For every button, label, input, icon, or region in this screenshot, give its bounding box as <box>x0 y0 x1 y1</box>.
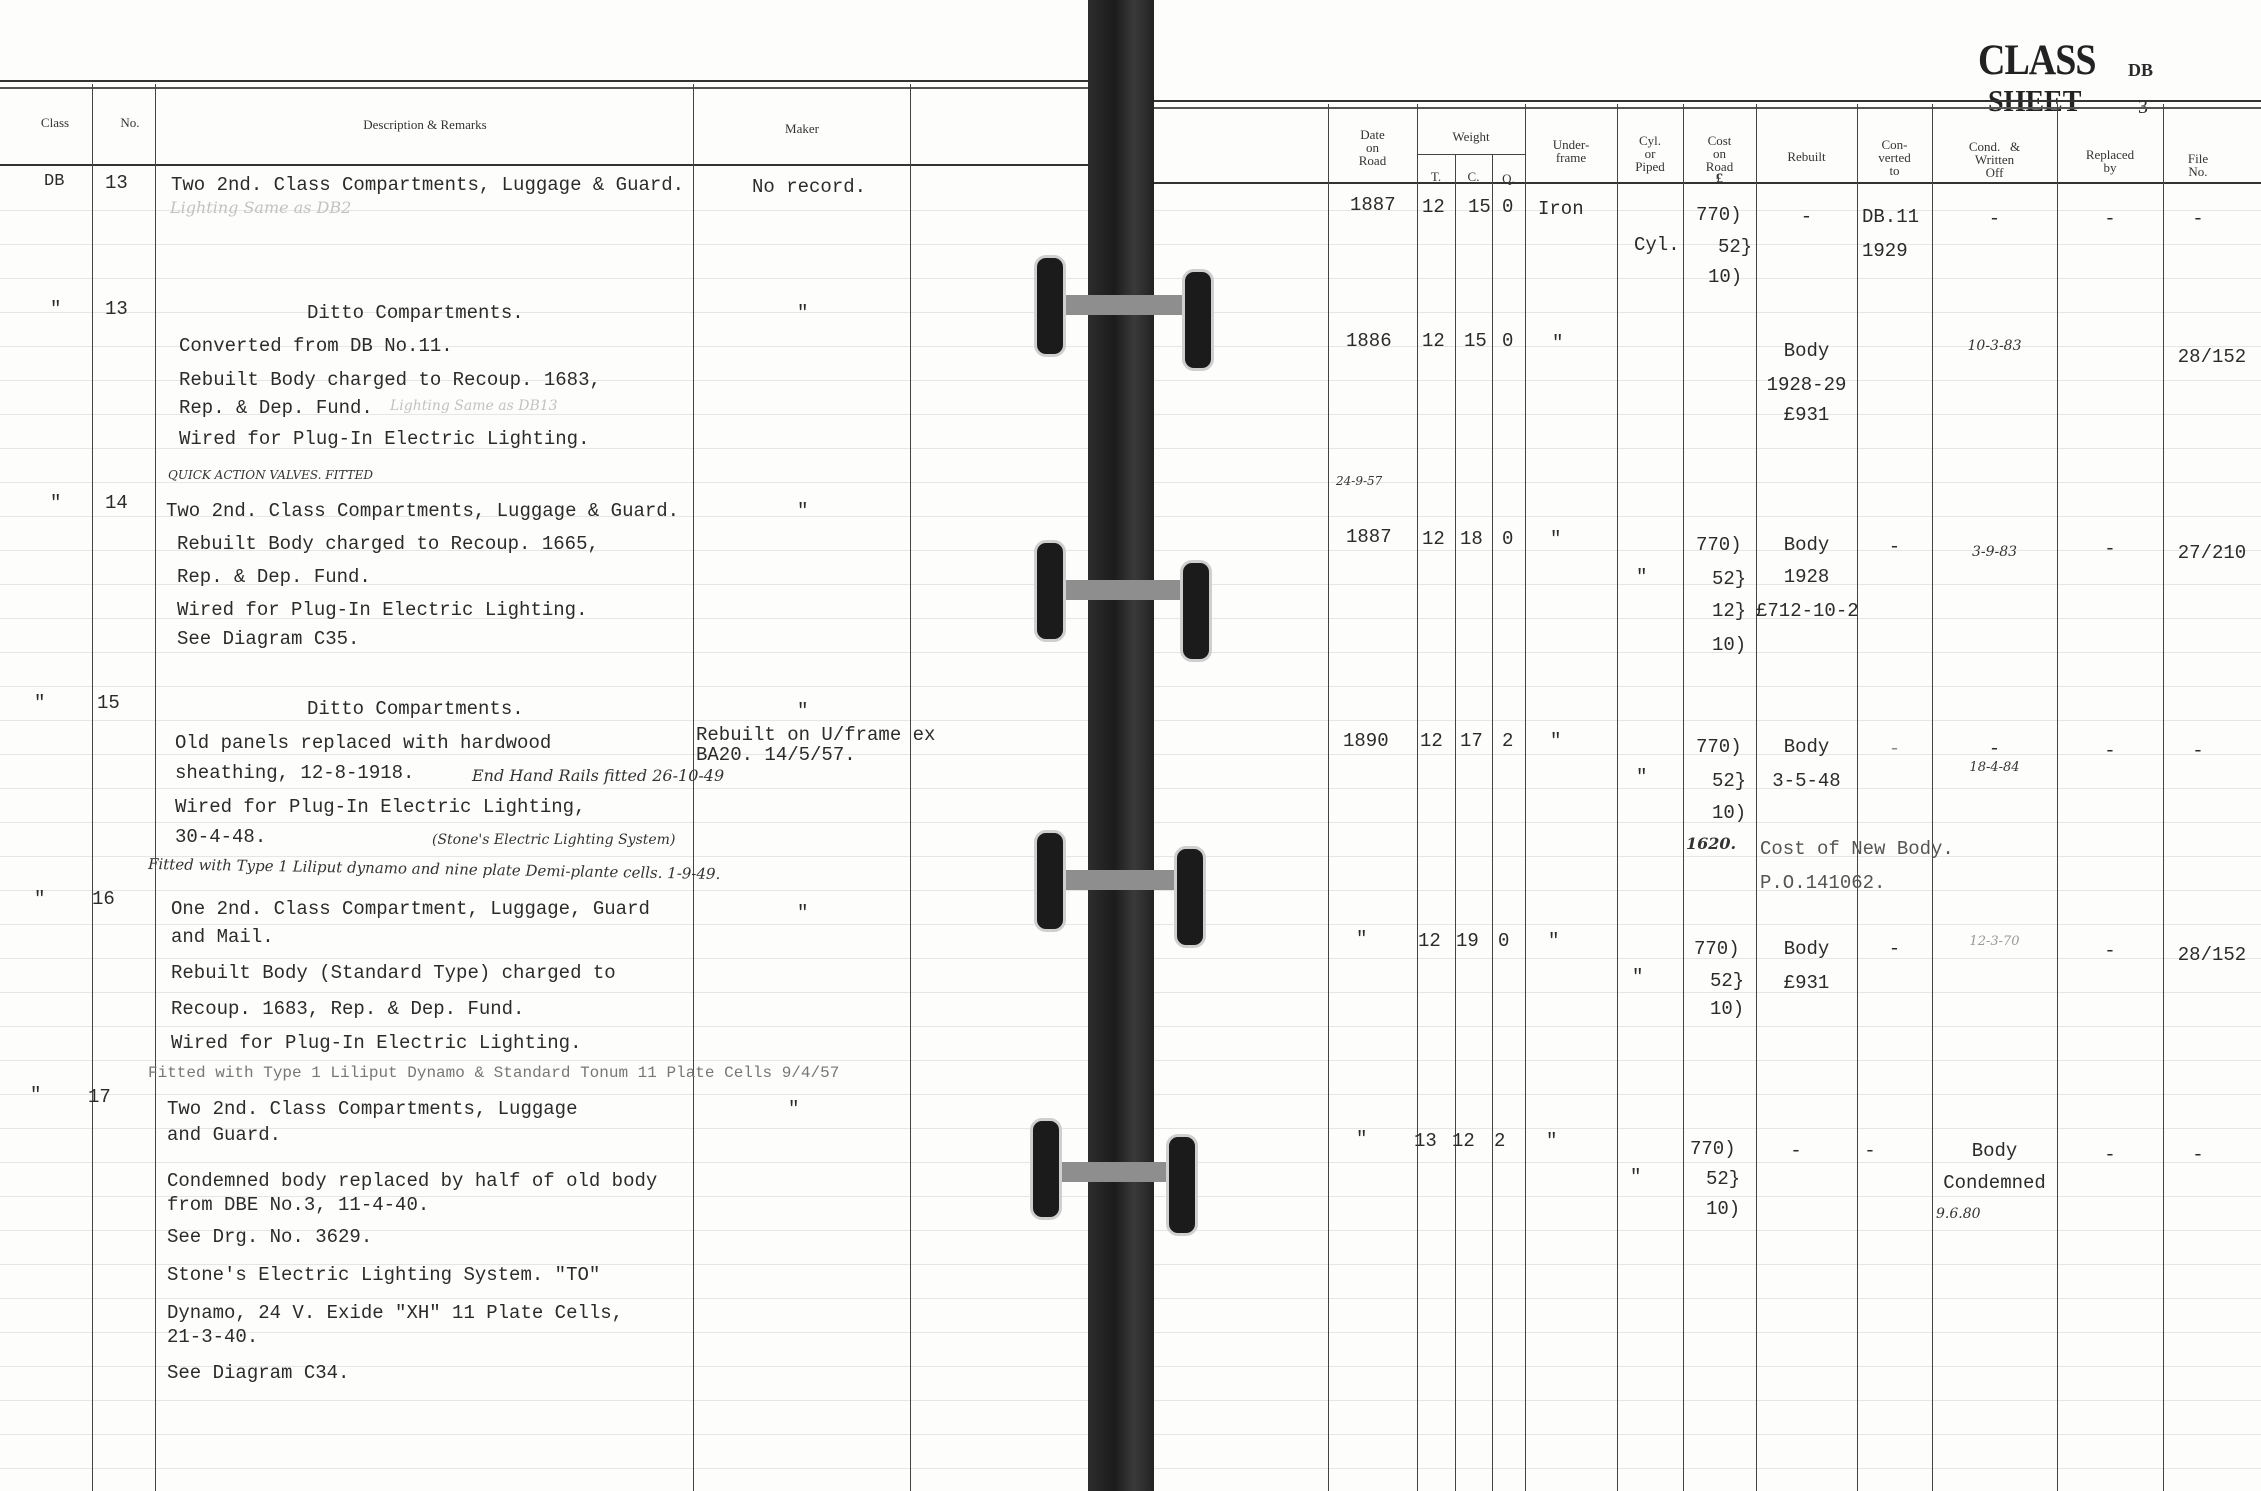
row-date-on-road: 1887 <box>1350 194 1396 216</box>
header-text: Off <box>1932 166 2057 179</box>
row-handwritten-note: (Stone's Electric Lighting System) <box>432 832 675 848</box>
row-description-title: Ditto Compartments. <box>307 302 524 324</box>
header-cyl-or-piped: Cyl. or Piped <box>1617 134 1683 173</box>
row-weight-t: 12 <box>1420 730 1443 752</box>
row-description-line: See Diagram C34. <box>167 1362 349 1384</box>
row-cyl-or-piped: " <box>1632 966 1643 988</box>
row-description-line: Two 2nd. Class Compartments, Luggage & G… <box>166 500 679 522</box>
row-converted-to: - <box>1857 938 1932 960</box>
col-divider <box>92 84 93 1491</box>
row-replaced-by: - <box>2057 1144 2163 1166</box>
row-weight-c: 15 <box>1468 196 1491 218</box>
header-text: to <box>1857 164 1932 177</box>
row-class: " <box>50 298 61 320</box>
header-date-on-road: Date on Road <box>1328 128 1417 167</box>
row-cyl-or-piped: " <box>1636 766 1647 788</box>
header-text: £ <box>1683 173 1756 186</box>
header-text: by <box>2057 161 2163 174</box>
row-description-line: and Guard. <box>167 1124 281 1146</box>
row-date-on-road: 1887 <box>1346 526 1392 548</box>
header-cond-written-off: Cond. & Written Off <box>1932 140 2057 179</box>
row-description-line: Two 2nd. Class Compartments, Luggage <box>167 1098 577 1120</box>
row-underframe: " <box>1548 930 1559 952</box>
row-no: 15 <box>97 692 120 714</box>
row-class: " <box>50 492 61 514</box>
row-no: 13 <box>105 298 128 320</box>
row-cost: 770) <box>1690 1138 1736 1160</box>
row-description-line: Old panels replaced with hardwood <box>175 732 551 754</box>
row-class: " <box>34 888 45 910</box>
row-cyl-or-piped: " <box>1630 1166 1641 1188</box>
row-maker: " <box>797 302 808 324</box>
row-rebuilt: £931 <box>1756 404 1857 426</box>
row-description-line: Wired for Plug-In Electric Lighting. <box>171 1032 581 1054</box>
col-divider <box>1683 104 1684 1491</box>
row-date-handwritten: 24-9-57 <box>1336 474 1382 488</box>
row-no: 13 <box>105 172 128 194</box>
row-description-line: and Mail. <box>171 926 274 948</box>
class-title: CLASS <box>1978 35 2096 86</box>
header-cost-on-road: Cost on Road £ <box>1683 134 1756 186</box>
row-no: 16 <box>92 888 115 910</box>
col-divider <box>1857 104 1858 1491</box>
row-cond-written-off: - <box>1932 738 2057 760</box>
weight-subdivider <box>1417 154 1525 155</box>
header-no: No. <box>100 116 160 129</box>
row-description-line: Rebuilt Body charged to Recoup. 1683, <box>179 369 601 391</box>
row-cond-written-off: 12-3-70 <box>1932 934 2057 949</box>
row-date-on-road: 1890 <box>1343 730 1389 752</box>
row-rebuilt: - <box>1756 1140 1836 1162</box>
row-cost: 10) <box>1706 1198 1740 1220</box>
row-handwritten-note: End Hand Rails fitted 26-10-49 <box>472 766 724 785</box>
row-weight-c: 12 <box>1452 1130 1475 1152</box>
row-cond-written-off: 3-9-83 <box>1932 544 2057 560</box>
row-replaced-by: - <box>2057 538 2163 560</box>
col-divider <box>910 84 911 1491</box>
row-description-line: Rep. & Dep. Fund. <box>179 397 373 419</box>
row-cost: 10) <box>1712 634 1746 656</box>
row-cond-written-off: Body <box>1932 1140 2057 1162</box>
row-maker: " <box>797 902 808 924</box>
row-no: 17 <box>88 1086 111 1108</box>
row-cyl-or-piped: Cyl. <box>1634 234 1680 256</box>
row-rebuilt: £712-10-2 <box>1756 600 1859 622</box>
col-divider <box>1492 155 1493 1491</box>
row-converted-to: - <box>1857 536 1932 558</box>
row-weight-t: 12 <box>1422 528 1445 550</box>
col-divider <box>693 84 694 1491</box>
header-text: No. <box>2163 165 2233 178</box>
row-weight-q: 0 <box>1502 528 1513 550</box>
row-cyl-or-piped: " <box>1636 566 1647 588</box>
col-divider <box>1525 104 1526 1491</box>
row-cond-written-off: 18-4-84 <box>1932 760 2057 775</box>
row-file-no: 28/152 <box>2163 346 2261 368</box>
row-class: DB <box>44 172 64 191</box>
col-divider <box>2057 104 2058 1491</box>
row-description-line: from DBE No.3, 11-4-40. <box>167 1194 429 1216</box>
header-converted-to: Con- verted to <box>1857 138 1932 177</box>
row-cost: 770) <box>1696 534 1742 556</box>
row-cond-written-off: - <box>1932 208 2057 230</box>
col-divider <box>1617 104 1618 1491</box>
row-description-line: Rep. & Dep. Fund. <box>177 566 371 588</box>
row-rebuilt: 3-5-48 <box>1756 770 1857 792</box>
row-description-line: 30-4-48. <box>175 826 266 848</box>
col-divider <box>1455 155 1456 1491</box>
row-maker-note: BA20. 14/5/57. <box>696 744 856 766</box>
header-top-rule-right <box>1154 100 2261 109</box>
header-top-rule-left <box>0 80 1088 89</box>
row-rebuilt: Body <box>1756 938 1857 960</box>
row-weight-t: 12 <box>1418 930 1441 952</box>
row-description-line: sheathing, 12-8-1918. <box>175 762 414 784</box>
row-cost: 10) <box>1708 266 1742 288</box>
header-weight-c: C. <box>1455 170 1492 183</box>
row-description-line: Wired for Plug-In Electric Lighting. <box>179 428 589 450</box>
row-cost: 52} <box>1706 1168 1740 1190</box>
row-file-no: - <box>2163 740 2233 762</box>
header-class: Class <box>20 116 90 129</box>
col-divider <box>2163 104 2164 1491</box>
row-description-line: See Drg. No. 3629. <box>167 1226 372 1248</box>
row-weight-q: 2 <box>1502 730 1513 752</box>
row-weight-c: 17 <box>1460 730 1483 752</box>
row-converted-to: - <box>1857 738 1932 760</box>
header-bottom-rule-left <box>0 164 1088 166</box>
header-description: Description & Remarks <box>160 118 690 131</box>
row-file-no: 27/210 <box>2163 542 2261 564</box>
row-underframe: " <box>1550 730 1561 752</box>
row-file-no: - <box>2163 1144 2233 1166</box>
row-converted-to: 1929 <box>1862 240 1908 262</box>
header-underframe: Under- frame <box>1525 138 1617 164</box>
row-cond-written-off: Condemned <box>1932 1172 2057 1194</box>
row-weight-q: 0 <box>1502 196 1513 218</box>
col-divider <box>1417 104 1418 1491</box>
row-description-line: Wired for Plug-In Electric Lighting, <box>175 796 585 818</box>
header-weight: Weight <box>1417 130 1525 143</box>
row-description-line: Two 2nd. Class Compartments, Luggage & G… <box>171 174 684 196</box>
row-rebuilt: 1928-29 <box>1756 374 1857 396</box>
row-handwritten-note: QUICK ACTION VALVES. FITTED <box>168 468 373 482</box>
row-class: " <box>34 692 45 714</box>
row-replaced-by: - <box>2057 208 2163 230</box>
row-description-line: Stone's Electric Lighting System. "TO" <box>167 1264 600 1286</box>
row-weight-t: 13 <box>1414 1130 1437 1152</box>
row-maker: No record. <box>752 176 866 198</box>
header-replaced-by: Replaced by <box>2057 148 2163 174</box>
row-typed-note: Fitted with Type 1 Liliput Dynamo & Stan… <box>148 1064 839 1082</box>
row-file-no: - <box>2163 208 2233 230</box>
row-cost-extra-note: Cost of New Body. <box>1760 838 1954 860</box>
row-date-on-road: 1886 <box>1346 330 1392 352</box>
row-converted-to: - <box>1840 1140 1900 1162</box>
row-maker: " <box>797 500 808 522</box>
header-text: frame <box>1525 151 1617 164</box>
row-cost: 770) <box>1696 736 1742 758</box>
row-weight-t: 12 <box>1422 196 1445 218</box>
row-cost: 52} <box>1712 568 1746 590</box>
row-underframe: Iron <box>1538 198 1584 220</box>
row-weight-t: 12 <box>1422 330 1445 352</box>
class-code: DB <box>2128 60 2153 81</box>
header-maker: Maker <box>693 122 911 135</box>
col-divider <box>155 84 156 1491</box>
row-description-line: One 2nd. Class Compartment, Luggage, Gua… <box>171 898 650 920</box>
row-description-line: Recoup. 1683, Rep. & Dep. Fund. <box>171 998 524 1020</box>
row-weight-c: 15 <box>1464 330 1487 352</box>
row-handwritten-note: Fitted with Type 1 Liliput dynamo and ni… <box>148 855 721 883</box>
header-text: Piped <box>1617 160 1683 173</box>
row-rebuilt: Body <box>1756 534 1857 556</box>
row-cost: 52} <box>1710 970 1744 992</box>
row-weight-c: 19 <box>1456 930 1479 952</box>
row-description-line: Rebuilt Body charged to Recoup. 1665, <box>177 533 599 555</box>
row-description-line: Converted from DB No.11. <box>179 335 453 357</box>
row-cost-extra-note: P.O.141062. <box>1760 872 1885 894</box>
row-description-title: Ditto Compartments. <box>307 698 524 720</box>
row-date-on-road: " <box>1356 928 1367 950</box>
header-rebuilt: Rebuilt <box>1756 150 1857 163</box>
row-cost-extra: 1620. <box>1686 834 1736 853</box>
row-cost: 10) <box>1712 802 1746 824</box>
row-rebuilt: 1928 <box>1756 566 1857 588</box>
row-description-line: See Diagram C35. <box>177 628 359 650</box>
row-cost: 52} <box>1718 236 1752 258</box>
col-divider <box>1328 104 1329 1491</box>
row-weight-q: 2 <box>1494 1130 1505 1152</box>
row-replaced-by: - <box>2057 740 2163 762</box>
binder-spine <box>1088 0 1154 1491</box>
row-maker: " <box>788 1098 799 1120</box>
row-file-no: 28/152 <box>2163 944 2261 966</box>
header-text: Road <box>1328 154 1417 167</box>
row-description-line: Rebuilt Body (Standard Type) charged to <box>171 962 616 984</box>
row-rebuilt: Body <box>1756 736 1857 758</box>
row-maker-note: Rebuilt on U/frame ex <box>696 724 935 746</box>
row-description-line: Condemned body replaced by half of old b… <box>167 1170 657 1192</box>
row-underframe: " <box>1546 1130 1557 1152</box>
row-description-line: Wired for Plug-In Electric Lighting. <box>177 599 587 621</box>
header-weight-q: Q. <box>1492 172 1525 185</box>
row-weight-c: 18 <box>1460 528 1483 550</box>
row-maker: " <box>797 700 808 722</box>
row-rebuilt: Body <box>1756 340 1857 362</box>
row-cost: 52} <box>1712 770 1746 792</box>
row-faint-note: Lighting Same as DB2 <box>170 198 351 217</box>
row-underframe: " <box>1550 528 1561 550</box>
row-cond-written-off: 9.6.80 <box>1936 1206 1981 1222</box>
row-description-line: Dynamo, 24 V. Exide "XH" 11 Plate Cells, <box>167 1302 623 1324</box>
row-cond-written-off: 10-3-83 <box>1932 338 2057 354</box>
row-date-on-road: " <box>1356 1128 1367 1150</box>
row-cost: 770) <box>1694 938 1740 960</box>
row-rebuilt: - <box>1756 206 1857 228</box>
row-converted-to: DB.11 <box>1862 206 1919 228</box>
row-weight-q: 0 <box>1498 930 1509 952</box>
row-class: " <box>30 1084 41 1106</box>
row-cost: 10) <box>1710 998 1744 1020</box>
row-description-line: 21-3-40. <box>167 1326 258 1348</box>
row-no: 14 <box>105 492 128 514</box>
row-underframe: " <box>1552 332 1563 354</box>
row-weight-q: 0 <box>1502 330 1513 352</box>
row-faint-note: Lighting Same as DB13 <box>390 398 558 414</box>
row-cost: 770) <box>1696 204 1742 226</box>
row-rebuilt: £931 <box>1756 972 1857 994</box>
row-cost: 12} <box>1712 600 1746 622</box>
header-weight-t: T. <box>1417 170 1455 183</box>
header-file-no: File No. <box>2163 152 2233 178</box>
col-divider <box>1932 104 1933 1491</box>
row-replaced-by: - <box>2057 940 2163 962</box>
col-divider <box>1756 104 1757 1491</box>
